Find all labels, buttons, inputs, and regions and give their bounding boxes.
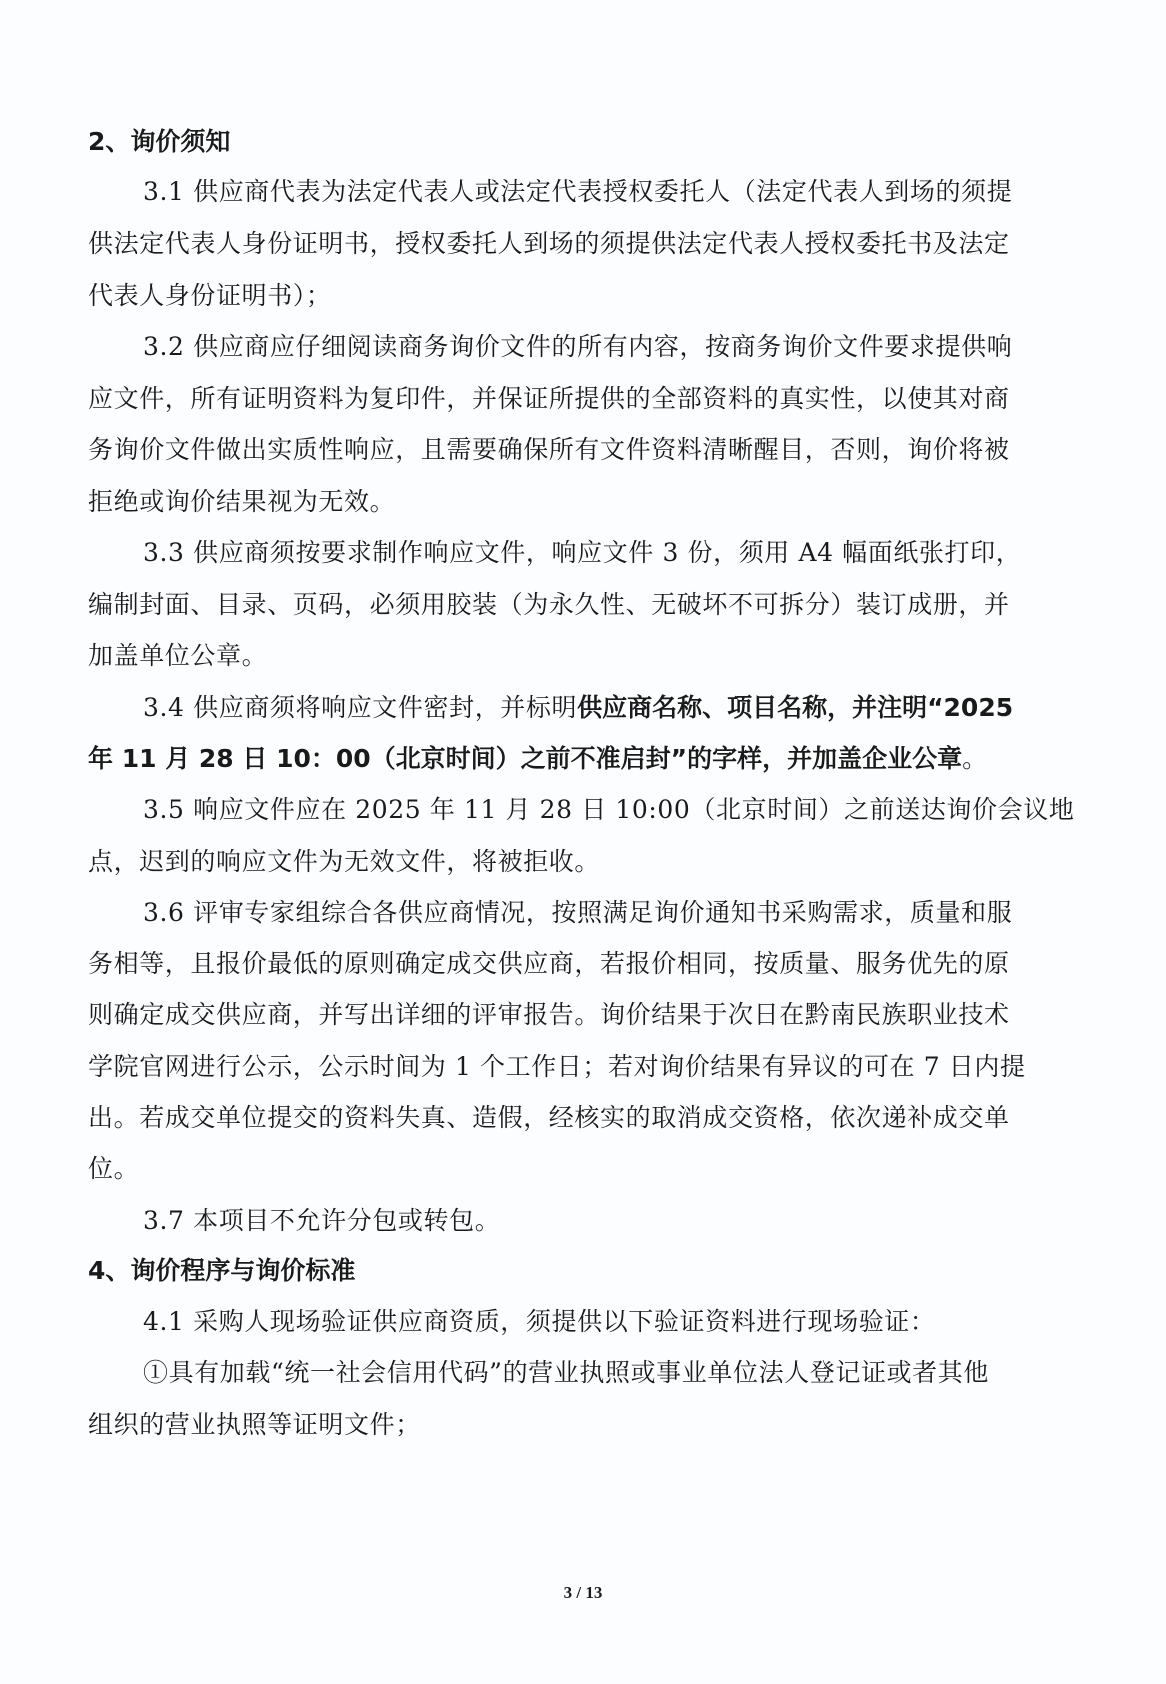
paragraph-3-4-period: 。 — [962, 744, 988, 773]
paragraph-3-4-bold-text-2: 年 11 月 28 日 10：00（北京时间）之前不准启封”的字样，并加盖企业公… — [88, 744, 962, 773]
paragraph-3-4-line-2: 年 11 月 28 日 10：00（北京时间）之前不准启封”的字样，并加盖企业公… — [88, 741, 1078, 777]
paragraph-3-6-line-2: 务相等，且报价最低的原则确定成交供应商，若报价相同，按质量、服务优先的原 — [88, 946, 1078, 982]
paragraph-4-1: 4.1 采购人现场验证供应商资质，须提供以下验证资料进行现场验证： — [143, 1304, 1078, 1340]
paragraph-3-6-line-3: 则确定成交供应商，并写出详细的评审报告。询价结果于次日在黔南民族职业技术 — [88, 997, 1078, 1033]
paragraph-3-4-line-1: 3.4 供应商须将响应文件密封，并标明供应商名称、项目名称，并注明“2025 — [143, 690, 1078, 726]
list-item-1-line-1: ①具有加载“统一社会信用代码”的营业执照或事业单位法人登记证或者其他 — [143, 1355, 1078, 1391]
paragraph-3-3-line-1: 3.3 供应商须按要求制作响应文件，响应文件 3 份，须用 A4 幅面纸张打印， — [143, 535, 1078, 571]
paragraph-3-2-line-2: 应文件，所有证明资料为复印件，并保证所提供的全部资料的真实性，以使其对商 — [88, 381, 1078, 417]
paragraph-3-2-line-3: 务询价文件做出实质性响应，且需要确保所有文件资料清晰醒目，否则，询价将被 — [88, 432, 1078, 468]
page-number: 3 / 13 — [0, 1583, 1166, 1603]
section-heading-inquiry-notice: 2、询价须知 — [88, 124, 1078, 160]
paragraph-3-1-line-2: 供法定代表人身份证明书，授权委托人到场的须提供法定代表人授权委托书及法定 — [88, 226, 1078, 262]
paragraph-3-5-line-2: 点，迟到的响应文件为无效文件，将被拒收。 — [88, 844, 1078, 880]
document-page: 2、询价须知 3.1 供应商代表为法定代表人或法定代表授权委托人（法定代表人到场… — [0, 0, 1166, 1684]
paragraph-3-4-bold-text: 供应商名称、项目名称，并注明“2025 — [577, 693, 1013, 722]
paragraph-3-7: 3.7 本项目不允许分包或转包。 — [143, 1203, 1078, 1239]
paragraph-3-3-line-2: 编制封面、目录、页码，必须用胶装（为永久性、无破坏不可拆分）装订成册，并 — [88, 587, 1078, 623]
paragraph-3-1-line-3: 代表人身份证明书）； — [88, 278, 1078, 314]
paragraph-3-6-line-5: 出。若成交单位提交的资料失真、造假，经核实的取消成交资格，依次递补成交单 — [88, 1100, 1078, 1136]
paragraph-3-6-line-1: 3.6 评审专家组综合各供应商情况，按照满足询价通知书采购需求，质量和服 — [143, 895, 1078, 931]
paragraph-3-2-line-1: 3.2 供应商应仔细阅读商务询价文件的所有内容，按商务询价文件要求提供响 — [143, 329, 1078, 365]
paragraph-3-6-line-6: 位。 — [88, 1151, 1078, 1187]
section-heading-procedure: 4、询价程序与询价标准 — [88, 1253, 1078, 1289]
list-item-1-line-2: 组织的营业执照等证明文件； — [88, 1407, 1078, 1443]
paragraph-3-5-line-1: 3.5 响应文件应在 2025 年 11 月 28 日 10:00（北京时间）之… — [143, 792, 1078, 828]
paragraph-3-2-line-4: 拒绝或询价结果视为无效。 — [88, 484, 1078, 520]
paragraph-3-4-normal-text: 3.4 供应商须将响应文件密封，并标明 — [143, 693, 577, 722]
paragraph-3-6-line-4: 学院官网进行公示，公示时间为 1 个工作日；若对询价结果有异议的可在 7 日内提 — [88, 1049, 1078, 1085]
paragraph-3-1-line-1: 3.1 供应商代表为法定代表人或法定代表授权委托人（法定代表人到场的须提 — [143, 174, 1078, 210]
paragraph-3-3-line-3: 加盖单位公章。 — [88, 638, 1078, 674]
